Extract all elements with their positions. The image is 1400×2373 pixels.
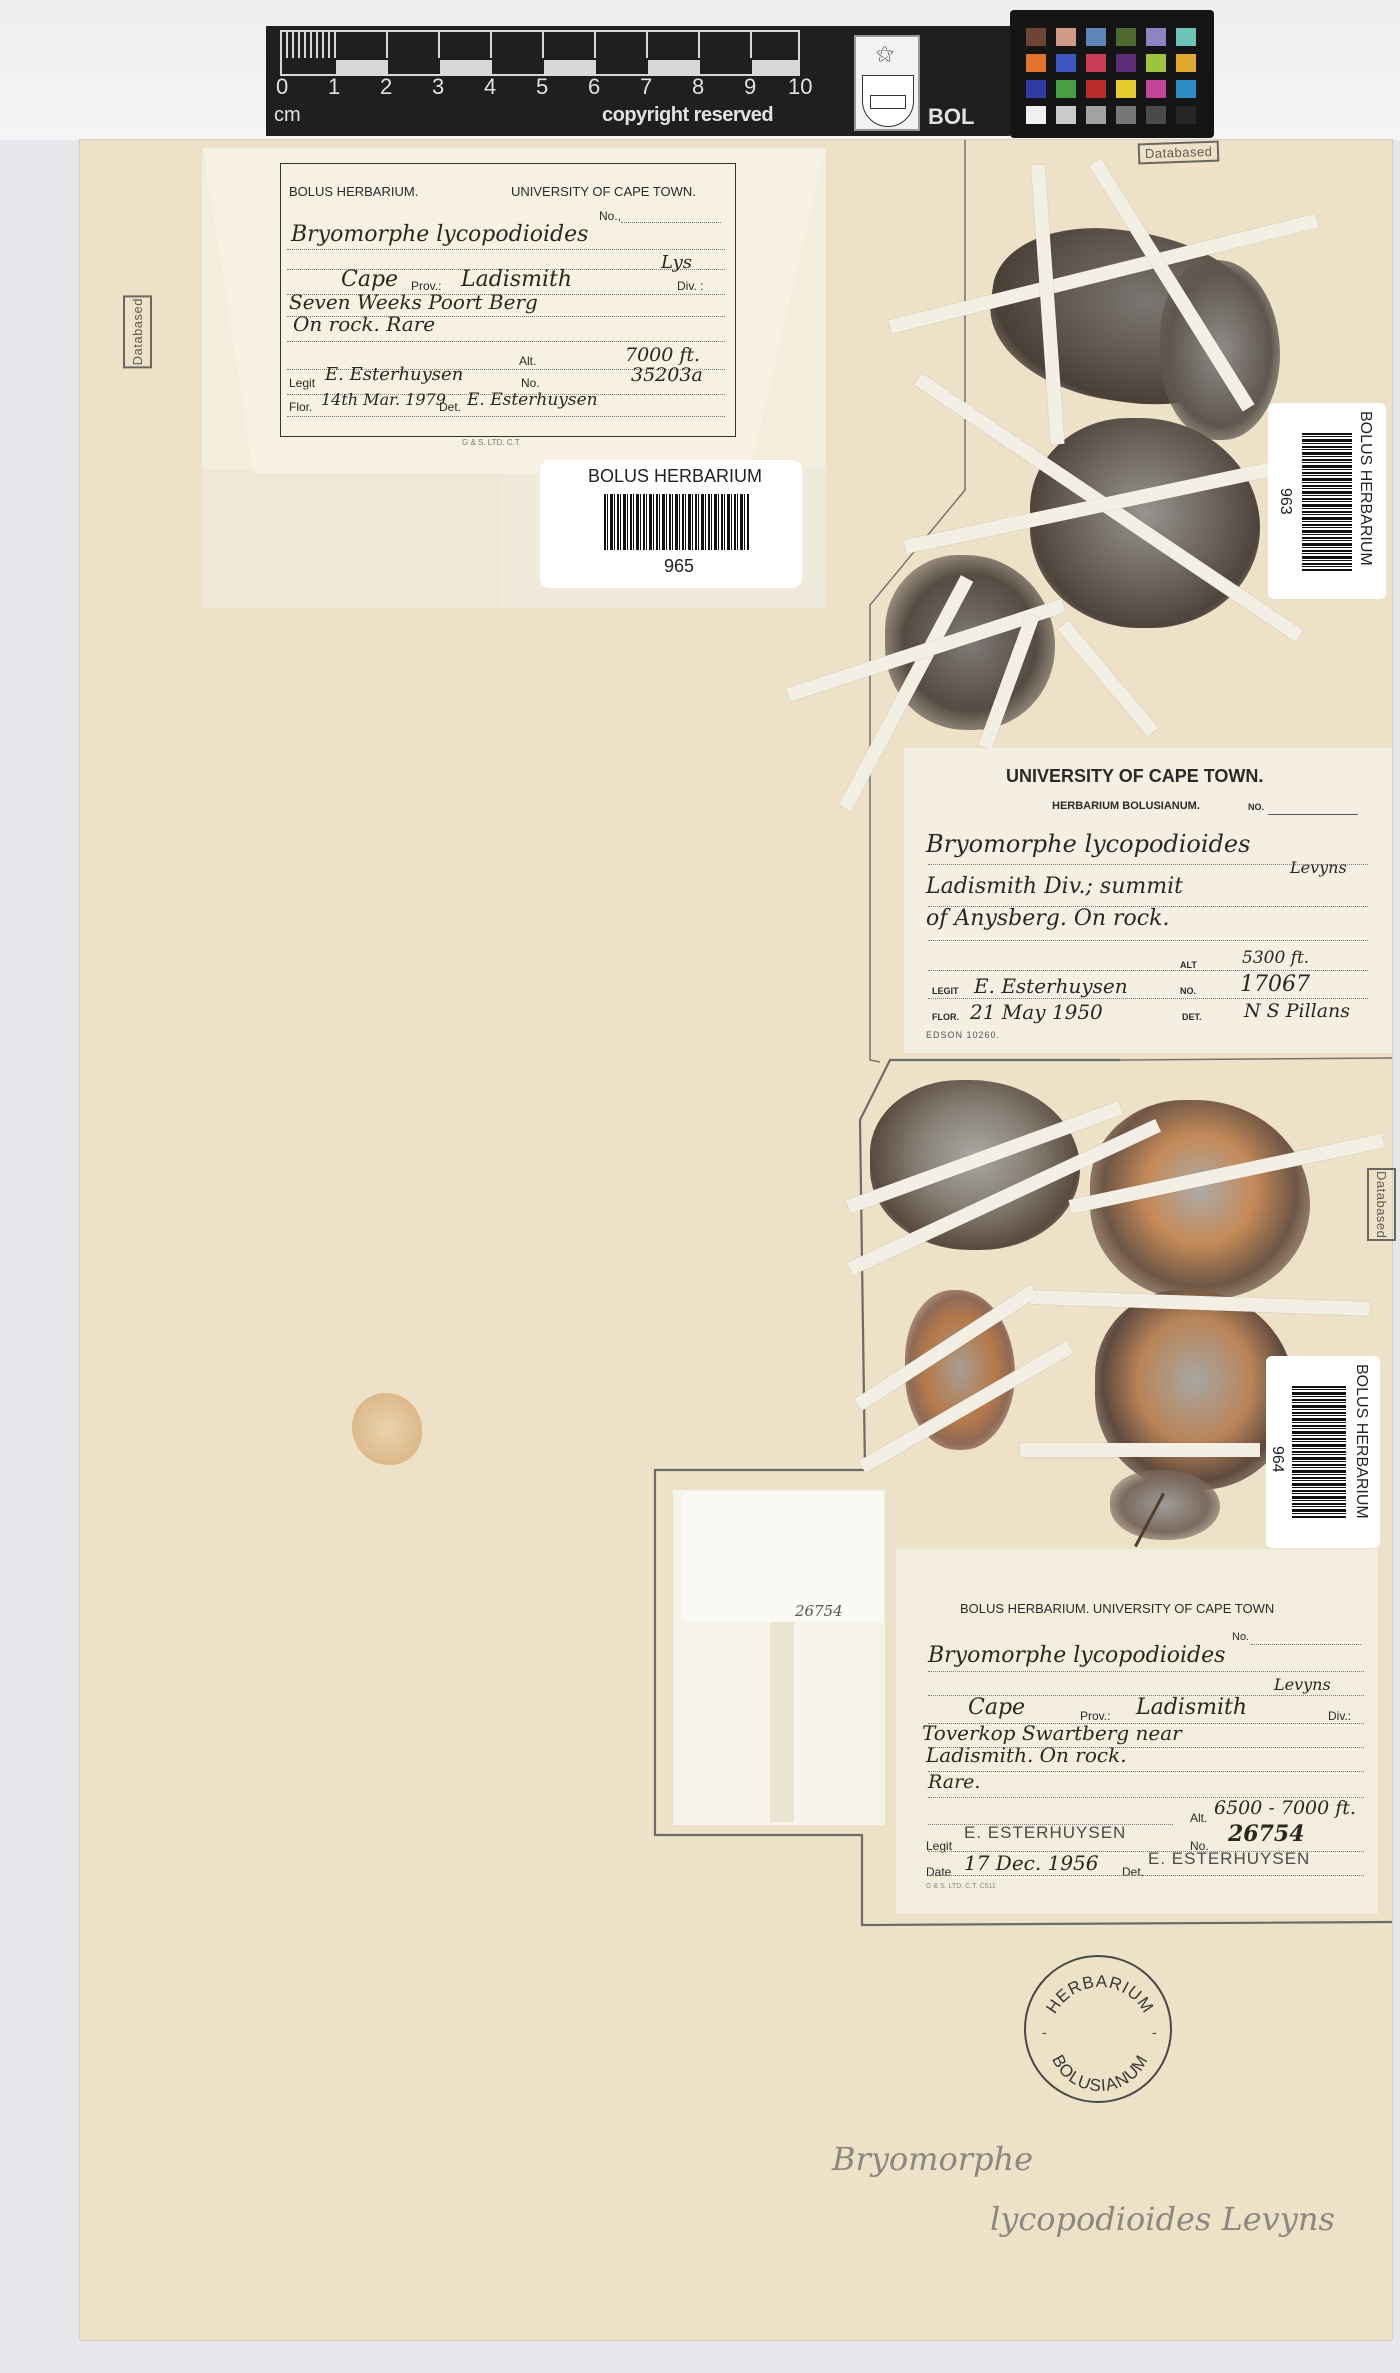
- copyright-notice: copyright reserved: [602, 104, 773, 127]
- herbarium-bolusianum-stamp: HERBARIUM BOLUSIANUM - -: [1024, 1955, 1172, 2103]
- ruler-tick-label: 9: [744, 74, 756, 100]
- svg-text:BOLUSIANUM: BOLUSIANUM: [1048, 2051, 1152, 2095]
- label-3-div-label: Div.:: [1328, 1709, 1351, 1723]
- label-2-legit-value: E. Esterhuysen: [974, 974, 1128, 998]
- stamp-text-ring: HERBARIUM BOLUSIANUM - -: [1026, 1957, 1174, 2105]
- label-3-prov-value: Cape: [968, 1695, 1025, 1720]
- water-stain: [352, 1393, 422, 1465]
- label-1-det-value: E. Esterhuysen: [467, 390, 598, 410]
- book-icon: [870, 95, 906, 109]
- color-swatch: [1116, 106, 1136, 124]
- color-swatch: [1116, 28, 1136, 46]
- color-swatch: [1026, 80, 1046, 98]
- ruler-alt-block: [544, 60, 596, 74]
- color-swatch: [1146, 54, 1166, 72]
- specimen-cushion: [1110, 1470, 1220, 1540]
- barcode-institution: BOLUS HERBARIUM: [588, 466, 762, 487]
- color-swatch: [1176, 80, 1196, 98]
- dotted-line: [287, 249, 725, 250]
- label-2-locality-1: Ladismith Div.; summit: [926, 874, 1183, 899]
- databased-stamp-top: Databased: [1138, 141, 1220, 165]
- label-2-locality-2: of Anysberg. On rock.: [926, 906, 1169, 931]
- label-1-det-label: Det.: [439, 400, 461, 414]
- ruler-tick-label: 6: [588, 74, 600, 100]
- label-1-taxon: Bryomorphe lycopodioides: [291, 222, 588, 247]
- color-swatch: [1056, 54, 1076, 72]
- ruler-mm-ticks: [282, 32, 336, 58]
- label-2-det-value: N S Pillans: [1244, 1000, 1350, 1022]
- label-1-no2-label: No.: [521, 376, 540, 390]
- label-3-div-value: Ladismith: [1136, 1695, 1247, 1720]
- label-1-flor-value: 14th Mar. 1979: [321, 390, 446, 409]
- packet-gap: [770, 1622, 794, 1822]
- label-2-det-label: DET.: [1182, 1012, 1202, 1022]
- barcode-label-963: BOLUS HERBARIUM 963: [1268, 403, 1386, 599]
- color-swatch: [1146, 80, 1166, 98]
- color-swatch: [1176, 28, 1196, 46]
- label-2-author: Levyns: [1290, 858, 1347, 877]
- label-2-legit-label: LEGIT: [932, 986, 959, 996]
- svg-text:-: -: [1042, 2024, 1047, 2040]
- barcode-label-964: BOLUS HERBARIUM 964: [1266, 1356, 1380, 1548]
- label-1-legit-value: E. Esterhuysen: [325, 364, 463, 385]
- ruler-tick-label: 5: [536, 74, 548, 100]
- label-1-prov-value: Cape: [341, 267, 398, 292]
- ruler-cell: [752, 32, 800, 58]
- ruler-cell: [596, 32, 648, 58]
- ruler-cell: [336, 32, 388, 58]
- packet-number: 26754: [795, 1602, 843, 1620]
- pencil-annotation-species: lycopodioides Levyns: [990, 2200, 1335, 2238]
- label-3-printer: G & S. LTD. C.T. C511: [926, 1883, 996, 1890]
- ruler-alt-block: [440, 60, 492, 74]
- color-swatch: [1026, 28, 1046, 46]
- barcode-institution: BOLUS HERBARIUM: [1352, 1364, 1370, 1519]
- ruler-alt-block: [648, 60, 700, 74]
- color-swatch: [1056, 106, 1076, 124]
- dotted-line: [928, 998, 1368, 999]
- barcode-number: 964: [1268, 1446, 1286, 1473]
- ruler-cell: [440, 32, 492, 58]
- databased-stamp-left: Databased: [123, 295, 152, 368]
- label-1-no2-value: 35203a: [631, 364, 703, 386]
- label-2-no2-label: NO.: [1180, 986, 1196, 996]
- ruler-alt-block: [752, 60, 800, 74]
- label-2-subtitle: HERBARIUM BOLUSIANUM.: [1052, 800, 1200, 812]
- label-3-legit-value: E. ESTERHUYSEN: [964, 1823, 1126, 1843]
- color-swatch: [1146, 28, 1166, 46]
- label-3-locality-1: Toverkop Swartberg near: [922, 1721, 1182, 1745]
- color-swatch: [1116, 80, 1136, 98]
- label-3-locality-2: Ladismith. On rock.: [926, 1743, 1127, 1767]
- label-1-alt-label: Alt.: [519, 354, 536, 368]
- label-2-printer: EDSON 10260.: [926, 1030, 1000, 1040]
- label-3-card: BOLUS HERBARIUM. UNIVERSITY OF CAPE TOWN…: [896, 1549, 1378, 1914]
- label-2-title: UNIVERSITY OF CAPE TOWN.: [1006, 766, 1263, 787]
- label-1-div-value: Ladismith: [461, 267, 572, 292]
- ruler-tick-label: 3: [432, 74, 444, 100]
- ruler-tick-label: 0: [276, 74, 288, 100]
- label-2-card: UNIVERSITY OF CAPE TOWN. HERBARIUM BOLUS…: [904, 748, 1392, 1053]
- label-2-flor-value: 21 May 1950: [970, 1000, 1103, 1024]
- ruler-alt-block: [336, 60, 388, 74]
- label-2-taxon: Bryomorphe lycopodioides: [926, 830, 1250, 858]
- ruler-cell: [544, 32, 596, 58]
- label-2-alt-label: ALT: [1180, 960, 1197, 970]
- label-3-date-value: 17 Dec. 1956: [964, 1851, 1099, 1875]
- color-swatch: [1086, 106, 1106, 124]
- label-2-alt-value: 5300 ft.: [1242, 948, 1309, 968]
- dotted-line: [928, 940, 1368, 941]
- dotted-line: [928, 1875, 1364, 1876]
- barcode-label-965: BOLUS HERBARIUM 965: [540, 460, 802, 588]
- dotted-line: [287, 341, 725, 342]
- ruler-unit: cm: [274, 104, 301, 127]
- label-2-flor-label: FLOR.: [932, 1012, 959, 1022]
- ruler-cell: [388, 32, 440, 58]
- color-calibration-chart: [1010, 10, 1214, 138]
- color-swatch: [1026, 106, 1046, 124]
- label-1-printer: G & S. LTD. C.T.: [462, 438, 521, 447]
- ruler-tick-label: 4: [484, 74, 496, 100]
- label-1-legit-label: Legit: [289, 376, 315, 390]
- color-swatch: [1086, 54, 1106, 72]
- mounting-strip: [1020, 1443, 1260, 1457]
- label-3-locality-3: Rare.: [928, 1771, 980, 1793]
- label-3-alt-label: Alt.: [1190, 1811, 1207, 1825]
- svg-text:HERBARIUM: HERBARIUM: [1042, 1972, 1157, 2017]
- label-3-date-label: Date: [926, 1865, 951, 1879]
- label-3-det-value: E. ESTERHUYSEN: [1148, 1849, 1310, 1869]
- label-3-no2-value: 26754: [1228, 1821, 1305, 1847]
- label-3-alt-value: 6500 - 7000 ft.: [1214, 1797, 1356, 1819]
- color-swatch: [1176, 106, 1196, 124]
- ruler-tick-label: 8: [692, 74, 704, 100]
- label-1-header-left: BOLUS HERBARIUM.: [289, 184, 418, 199]
- dotted-line: [928, 1671, 1364, 1672]
- label-3-no-label: No.: [1232, 1631, 1249, 1643]
- ruler-cell: [492, 32, 544, 58]
- dotted-line: [287, 416, 725, 417]
- color-swatch: [1176, 54, 1196, 72]
- label-3-det-label: Det.: [1122, 1865, 1144, 1879]
- svg-text:-: -: [1152, 2024, 1157, 2040]
- color-swatch: [1146, 106, 1166, 124]
- color-swatch: [1026, 54, 1046, 72]
- label-1-locality-1: Seven Weeks Poort Berg: [289, 290, 538, 314]
- barcode-number: 965: [664, 556, 694, 577]
- barcode-bars: [1292, 1386, 1346, 1518]
- ruler-bar: [280, 30, 800, 76]
- color-swatch: [1116, 54, 1136, 72]
- label-1-flor-label: Flor.: [289, 400, 312, 414]
- pencil-annotation-genus: Bryomorphe: [832, 2140, 1033, 2178]
- barcode-bars: [1302, 433, 1352, 571]
- ruler-cell: [700, 32, 752, 58]
- dotted-line: [1251, 1644, 1361, 1645]
- label-3-header: BOLUS HERBARIUM. UNIVERSITY OF CAPE TOWN: [960, 1601, 1274, 1616]
- ruler-tick-label: 1: [328, 74, 340, 100]
- barcode-institution: BOLUS HERBARIUM: [1356, 411, 1374, 566]
- label-3-author: Levyns: [1274, 1675, 1331, 1694]
- label-1-div-label: Div. :: [677, 279, 703, 293]
- lamp-icon: ⚝: [876, 43, 894, 64]
- databased-stamp-right: Databased: [1367, 1168, 1396, 1241]
- color-swatch: [1056, 80, 1076, 98]
- color-swatch: [1086, 28, 1106, 46]
- scale-ruler: 0 1 2 3 4 5 6 7 8 9 10 cm copyright rese…: [266, 26, 1010, 136]
- label-1-no-label: No.,: [599, 209, 621, 223]
- institution-code: BOL: [928, 104, 974, 130]
- barcode-number: 963: [1276, 488, 1294, 515]
- dotted-line: [928, 970, 1368, 971]
- ruler-tick-label: 10: [788, 74, 812, 100]
- envelope-pocket-left: [202, 470, 542, 608]
- color-swatch: [1086, 80, 1106, 98]
- ruler-tick-label: 2: [380, 74, 392, 100]
- underline: [1268, 814, 1358, 815]
- dotted-line: [621, 222, 721, 223]
- label-2-no-label: NO.: [1248, 802, 1264, 812]
- label-1-frame: BOLUS HERBARIUM. UNIVERSITY OF CAPE TOWN…: [280, 163, 736, 437]
- label-1-locality-2: On rock. Rare: [293, 312, 435, 336]
- dotted-line: [928, 1771, 1364, 1772]
- label-3-taxon: Bryomorphe lycopodioides: [928, 1643, 1225, 1668]
- ruler-cell: [648, 32, 700, 58]
- packet-flap[interactable]: 26754: [683, 1492, 883, 1622]
- color-swatch: [1056, 28, 1076, 46]
- label-2-no2-value: 17067: [1240, 972, 1310, 997]
- university-crest-icon: ⚝: [854, 35, 920, 131]
- barcode-bars: [604, 494, 750, 550]
- label-1-alt-value: 7000 ft.: [625, 344, 700, 366]
- ruler-tick-label: 7: [640, 74, 652, 100]
- label-1-header-right: UNIVERSITY OF CAPE TOWN.: [511, 184, 696, 199]
